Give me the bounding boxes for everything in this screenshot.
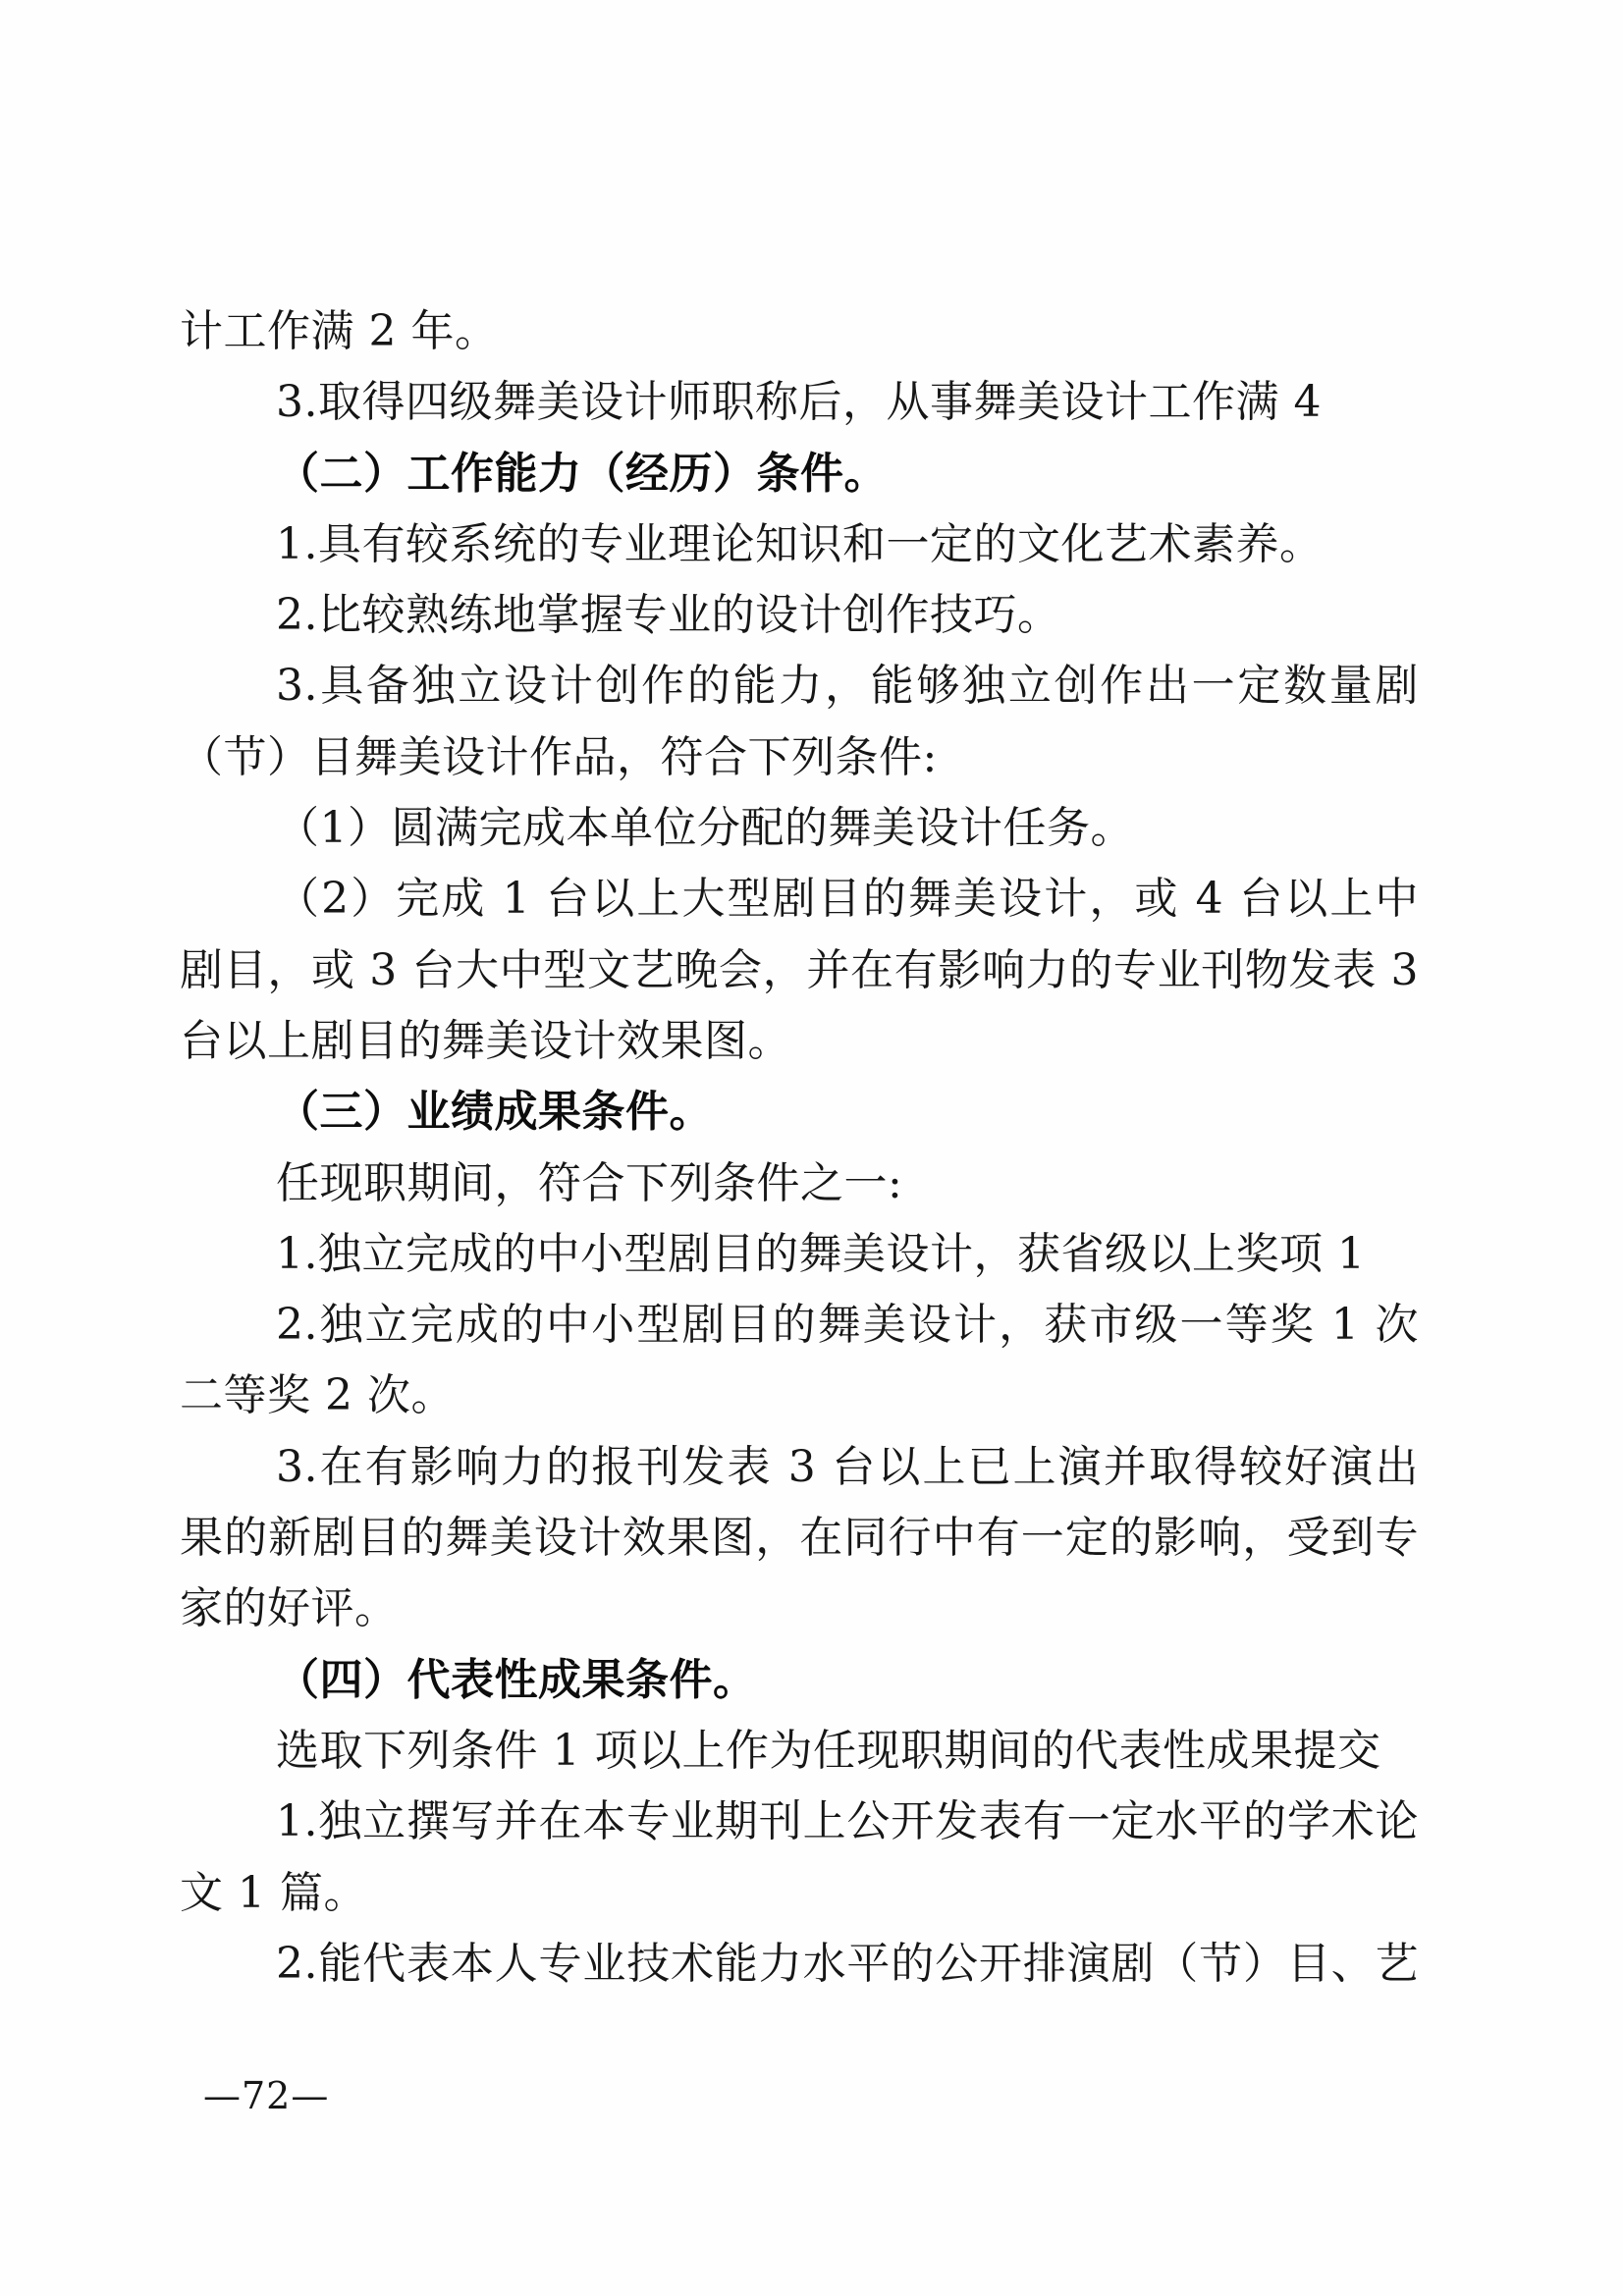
document-line: 3.取得四级舞美设计师职称后，从事舞美设计工作满 4 年。 <box>180 367 1419 438</box>
document-line: 台以上剧目的舞美设计效果图。 <box>180 1006 1419 1077</box>
document-page: 计工作满 2 年。 3.取得四级舞美设计师职称后，从事舞美设计工作满 4 年。 … <box>0 0 1623 2296</box>
document-line: 任现职期间，符合下列条件之一: <box>180 1148 1419 1219</box>
document-line: 二等奖 2 次。 <box>180 1361 1419 1431</box>
document-line: 1.独立撰写并在本专业期刊上公开发表有一定水平的学术论 <box>180 1787 1419 1857</box>
document-line: 计工作满 2 年。 <box>180 296 1419 367</box>
document-line: 1.独立完成的中小型剧目的舞美设计，获省级以上奖项 1 次。 <box>180 1219 1419 1290</box>
section-heading: （二）工作能力（经历）条件。 <box>180 439 1419 509</box>
document-line: 3.在有影响力的报刊发表 3 台以上已上演并取得较好演出效 <box>180 1432 1419 1503</box>
section-heading: （三）业绩成果条件。 <box>180 1077 1419 1148</box>
document-line: （1）圆满完成本单位分配的舞美设计任务。 <box>180 793 1419 864</box>
document-line: （2）完成 1 台以上大型剧目的舞美设计，或 4 台以上中小型 <box>180 864 1419 934</box>
document-line: 3.具备独立设计创作的能力，能够独立创作出一定数量剧 <box>180 651 1419 721</box>
section-heading: （四）代表性成果条件。 <box>180 1645 1419 1716</box>
document-line: 2.能代表本人专业技术能力水平的公开排演剧（节）目、艺 <box>180 1929 1419 2000</box>
document-line: 2.比较熟练地掌握专业的设计创作技巧。 <box>180 580 1419 651</box>
document-line: 果的新剧目的舞美设计效果图，在同行中有一定的影响，受到专 <box>180 1503 1419 1574</box>
document-line: 剧目，或 3 台大中型文艺晚会，并在有影响力的专业刊物发表 3 <box>180 935 1419 1006</box>
document-line: 1.具有较系统的专业理论知识和一定的文化艺术素养。 <box>180 509 1419 580</box>
page-number: —72— <box>203 2073 329 2118</box>
document-line: 家的好评。 <box>180 1574 1419 1644</box>
document-line: 选取下列条件 1 项以上作为任现职期间的代表性成果提交评审: <box>180 1716 1419 1787</box>
document-content: 计工作满 2 年。 3.取得四级舞美设计师职称后，从事舞美设计工作满 4 年。 … <box>180 296 1419 2000</box>
document-line: （节）目舞美设计作品，符合下列条件: <box>180 722 1419 793</box>
document-line: 2.独立完成的中小型剧目的舞美设计，获市级一等奖 1 次或 <box>180 1290 1419 1361</box>
document-line: 文 1 篇。 <box>180 1858 1419 1929</box>
